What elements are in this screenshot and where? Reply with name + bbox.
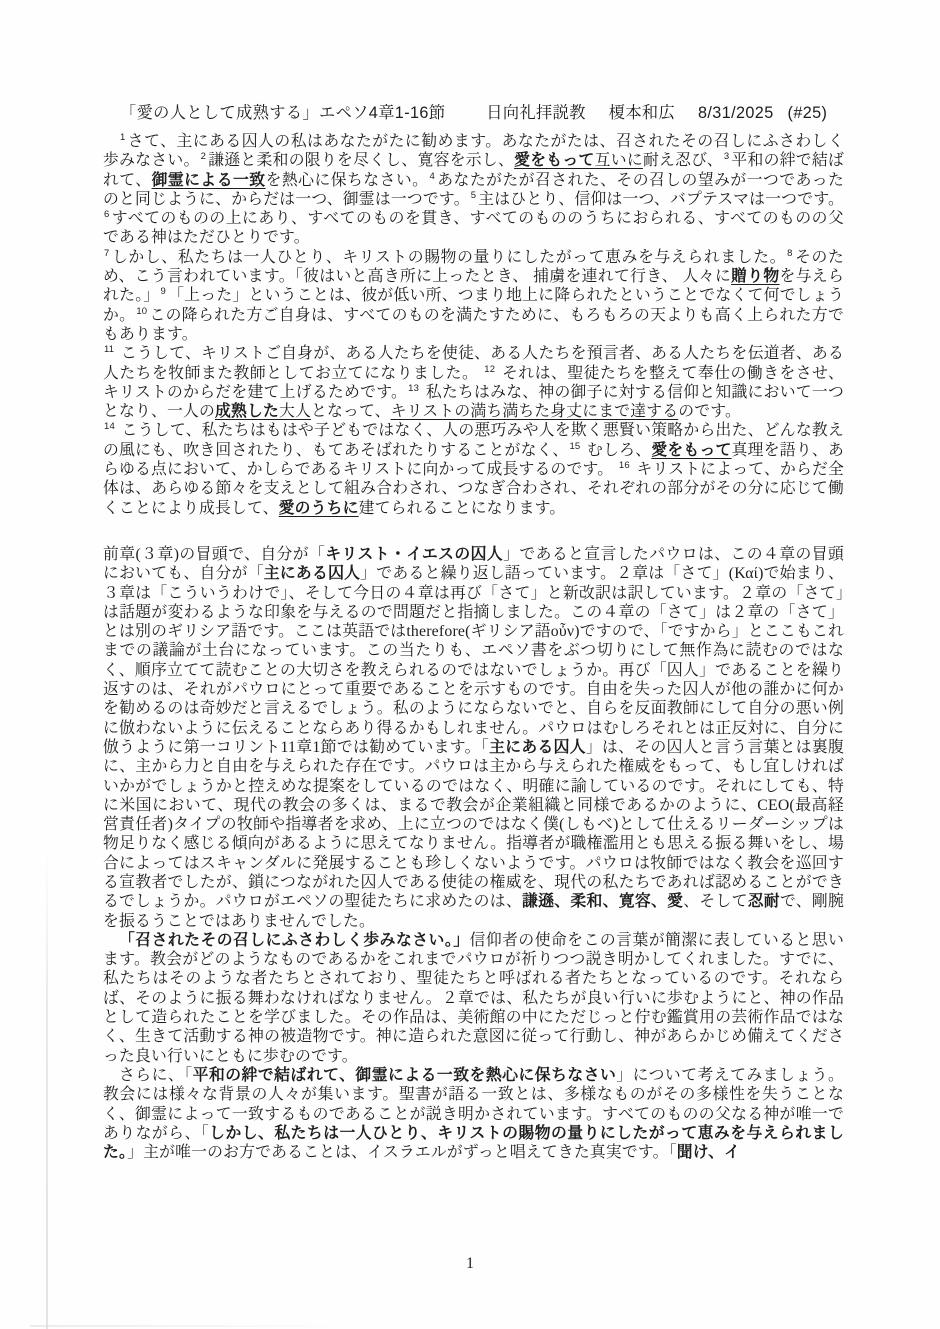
scanned-sermon-page: 「愛の人として成熟する」エペソ4章1-16節 日向礼拝説教 榎本和広 8/31/… (0, 0, 940, 1329)
verse-number: 13 (408, 383, 419, 394)
text-run: のです。 (678, 403, 741, 420)
paragraph-scripture-1: 1さて、主にある囚人の私はあなたがたに勧めます。あなたがたは、召されたその召しに… (103, 132, 844, 248)
text-run: キリストの満ち満ちた身丈にまで達する (391, 403, 679, 420)
text-run: 御霊による一致 (152, 172, 266, 189)
text-run: となって、 (311, 403, 391, 420)
text-run: 耐え忍び、 (643, 152, 723, 169)
text-run: 「召されたその召しにふさわしく歩みなさい。」 (119, 932, 470, 949)
text-run: 平和の絆で結ばれて、御霊による一致を熱心に保ちなさい (193, 1067, 617, 1084)
paragraph-body-3: さらに、「平和の絆で結ばれて、御霊による一致を熱心に保ちなさい」について考えてみ… (103, 1066, 844, 1162)
text-run: 忍耐 (748, 893, 780, 910)
verse-number: 15 (569, 441, 580, 452)
speaker-name: 榎本和広 (609, 104, 675, 122)
verse-number: 7 (104, 248, 109, 259)
paragraph-body-2: 「召されたその召しにふさわしく歩みなさい。」信仰者の使命をこの言葉が簡潔に表して… (103, 931, 844, 1066)
verse-number: 1 (120, 132, 125, 143)
paragraph-body-1: 前章(３章)の冒頭で、自分が「キリスト・イエスの囚人」であると宣言したパウロは、… (103, 545, 844, 931)
text-run: 互いに (595, 152, 643, 169)
text-run: 主にある囚人 (264, 565, 360, 582)
text-run: 主にある囚人 (489, 739, 586, 756)
text-run: 大人 (279, 403, 311, 420)
text-run: 愛のうちに (279, 500, 359, 517)
verse-number: 8 (787, 248, 792, 259)
text-run: 愛をもって (514, 152, 595, 169)
text-run: 信仰者の使命をこの言葉が簡潔に表していると思います。教会がどのようなものであるか… (103, 932, 844, 1065)
verse-number: 5 (471, 190, 476, 201)
sermon-number: (#25) (788, 104, 828, 122)
text-run: しかし、私たちは一人ひとり、キリストの賜物の量りにしたがって恵みを与えられました… (111, 249, 786, 266)
text-run: 主はひとり、信仰は一つ、バプテスマは一つです。 (478, 191, 844, 208)
text-run: 贈り物 (731, 268, 779, 285)
text-run: この降られた方ご自身は、すべてのものを満たすために、もろもろの天よりも高く上られ… (103, 307, 844, 343)
text-run: 」は、その囚人と言う言葉とは裏腹に、主から力と自由を与えられた存在です。パウロは… (103, 739, 844, 910)
text-run: 愛をもって (651, 442, 731, 459)
text-run: 建てられることになります。 (359, 500, 566, 517)
page-number: 1 (0, 1255, 940, 1273)
document-title-line: 「愛の人として成熟する」エペソ4章1-16節 日向礼拝説教 榎本和広 8/31/… (103, 99, 844, 123)
text-run: 前章(３章)の冒頭で、自分が「 (103, 546, 325, 563)
document-body: 1さて、主にある囚人の私はあなたがたに勧めます。あなたがたは、召されたその召しに… (103, 132, 844, 1162)
paragraph-scripture-3: 11 こうして、キリストご自身が、ある人たちを使徒、ある人たちを預言者、ある人た… (103, 344, 844, 421)
scan-edge-artifact (30, 1325, 360, 1327)
verse-number: 16 (619, 460, 630, 471)
text-run: 、そして (683, 893, 747, 910)
verse-number: 4 (429, 171, 434, 182)
verse-number: 2 (201, 151, 206, 162)
verse-number: 11 (104, 344, 114, 355)
text-run: 謙遜と柔和の限りを尽くし、寛容を示し、 (208, 152, 514, 169)
service-name: 日向礼拝説教 (486, 104, 586, 122)
text-run: むしろ、 (582, 442, 651, 459)
text-run: を熱心に保ちなさい。 (266, 172, 429, 189)
document-content: 「愛の人として成熟する」エペソ4章1-16節 日向礼拝説教 榎本和広 8/31/… (103, 99, 844, 1162)
verse-number: 10 (136, 306, 147, 317)
sermon-date: 8/31/2025 (698, 104, 774, 122)
verse-number: 14 (104, 421, 115, 432)
verse-number: 12 (484, 364, 495, 375)
text-run: 謙遜、柔和、寛容、愛 (522, 893, 683, 910)
text-run: 」主が唯一のお方であることは、イスラエルがずっと唱えてきた真実です。「 (127, 1144, 677, 1161)
sermon-title: 「愛の人として成熟する」エペソ4章1-16節 (120, 104, 445, 122)
paragraph-scripture-4: 14 こうして、私たちはもはや子どもではなく、人の悪巧みや人を欺く悪賢い策略から… (103, 421, 844, 517)
text-run: 聞け、イ (677, 1144, 740, 1161)
verse-number: 6 (104, 209, 109, 220)
verse-number: 3 (724, 151, 729, 162)
paragraph-scripture-2: 7しかし、私たちは一人ひとり、キリストの賜物の量りにしたがって恵みを与えられまし… (103, 248, 844, 344)
text-run: すべてのものの上にあり、すべてのものを貫き、すべてのもののうちにおられる、すべて… (103, 210, 844, 246)
text-run: 」であると繰り返し語っています。２章は「さて」(Καί)で始まり、３章は「こうい… (103, 565, 844, 756)
text-run: さらに、「 (119, 1067, 193, 1084)
text-run: 成熟した (215, 403, 279, 420)
text-run: キリスト・イエスの囚人 (325, 546, 503, 563)
verse-number: 9 (160, 286, 165, 297)
